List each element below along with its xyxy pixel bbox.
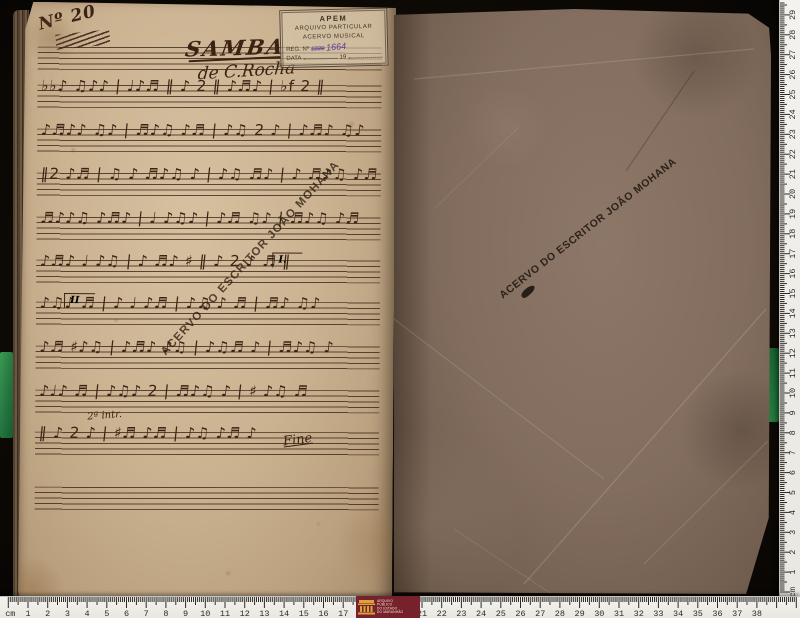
svg-text:34: 34 [673,609,683,618]
volta-seconda-mark: II [64,293,95,308]
svg-text:27: 27 [535,609,545,618]
svg-text:1: 1 [25,609,30,618]
svg-text:cm: cm [5,609,15,618]
svg-text:30: 30 [594,609,604,618]
staff-notes: ‖ ♪ 2 ♪ | ♯♬ ♪♬ | ♪♫ ♪♬ ♪ [38,424,384,443]
svg-text:2: 2 [45,609,50,618]
back-cover [394,9,771,594]
stamp-archive-type: ARQUIVO PARTICULAR [283,24,385,32]
staff-notes: ♬♪♪♫ ♪♬♪ | ♩ ♪♫♪ | ♪♬ ♫♪ | ♬♪♫ ♪♬ [40,209,386,228]
svg-text:28: 28 [788,30,798,40]
logo-text-line: DO MARANHÃO [377,611,403,615]
svg-text:2: 2 [788,550,798,555]
svg-text:12: 12 [788,348,798,358]
svg-text:37: 37 [732,609,742,618]
svg-text:27: 27 [788,50,798,60]
stamp-collection: ACERVO MUSICAL [283,33,385,41]
stamp-date-row: DATA 19 [283,54,385,62]
staff-notes: ♪♬ ♯♪♫ | ♪♬♪ ♪♫ | ♪♫♬ ♪ | ♬♪♫ ♪ [39,338,385,357]
svg-text:22: 22 [788,149,798,159]
stamp-reg-label: REG. Nº [286,47,309,54]
manuscript-page: ♭♭♪ ♫♪♪ | ♩♪♬ ‖ ♪ 2 ‖ ♪♬♪ | ♭f 2 ‖♪♬♪♪ ♫… [18,2,396,615]
svg-text:26: 26 [788,69,798,79]
svg-text:36: 36 [712,609,722,618]
logo-text: ARQUIVO PÚBLICO DO ESTADO DO MARANHÃO [377,600,403,615]
staff-line: ♪♬♪♪ ♫♪ | ♬♪♫ ♪♬ | ♪♫ 2 ♪ | ♪♬♪ ♫♪ [37,129,381,153]
svg-text:1: 1 [788,570,798,575]
right-ruler: cm12345678910111213141516171819202122232… [779,0,800,597]
svg-text:24: 24 [476,609,486,618]
svg-text:25: 25 [496,609,506,618]
svg-text:9: 9 [788,410,798,415]
svg-text:8: 8 [163,609,168,618]
svg-text:10: 10 [788,388,798,398]
svg-text:23: 23 [456,609,466,618]
stamp-date-label: DATA [286,56,301,62]
svg-text:6: 6 [124,609,129,618]
svg-text:31: 31 [614,609,624,618]
svg-text:6: 6 [788,470,798,475]
svg-text:7: 7 [788,450,798,455]
svg-text:11: 11 [788,368,798,378]
svg-text:17: 17 [788,249,798,259]
svg-text:15: 15 [299,609,309,618]
stamp-archive-name: APEM [282,14,384,24]
svg-text:26: 26 [515,609,525,618]
svg-text:16: 16 [788,268,798,278]
staff-notes: ♪♬♪ ♩ ♪♫ | ♪ ♬♪ ♯ ‖ ♪ 2 ♪ ♬ ‖ [39,252,385,271]
staff-line: ♬♪♪♫ ♪♬♪ | ♩ ♪♫♪ | ♪♬ ♫♪ | ♬♪♫ ♪♬ [37,217,381,241]
svg-text:22: 22 [437,609,447,618]
volta-prima-mark: I. [272,252,302,267]
cover-creases [394,9,771,594]
staff-line: ♪♬ ♯♪♫ | ♪♬♪ ♪♫ | ♪♫♬ ♪ | ♬♪♫ ♪ [36,346,380,370]
green-clamp-left [0,352,13,438]
staff-line: ‖ ♪ 2 ♪ | ♯♬ ♪♬ | ♪♫ ♪♬ ♪ [35,432,379,456]
stamp-reg-row: REG. Nº 1229 1664 [283,42,385,53]
svg-text:24: 24 [788,109,798,119]
staff-notes: ♪♩♪ ♬ | ♪♫♪ 2 | ♬♪♫ ♪ | ♯ ♪♫ ♬ [38,382,384,401]
svg-text:16: 16 [318,609,328,618]
svg-text:7: 7 [144,609,149,618]
archive-building-icon [358,599,375,615]
svg-text:9: 9 [183,609,188,618]
stamp-date-blank [304,58,338,60]
staff-line [35,487,379,511]
svg-text:13: 13 [259,609,269,618]
svg-text:4: 4 [788,510,798,515]
svg-text:21: 21 [788,169,798,179]
registration-stamp: APEM ARQUIVO PARTICULAR ACERVO MUSICAL R… [279,8,388,69]
svg-text:20: 20 [788,189,798,199]
svg-text:12: 12 [240,609,250,618]
staff-line: ♪♩♪ ♬ | ♪♫♪ 2 | ♬♪♫ ♪ | ♯ ♪♫ ♬ [35,390,379,414]
svg-text:8: 8 [788,430,798,435]
svg-text:29: 29 [574,609,584,618]
stamp-year-blank [348,57,382,59]
svg-text:13: 13 [788,328,798,338]
svg-text:14: 14 [788,308,798,318]
svg-text:5: 5 [788,490,798,495]
svg-text:28: 28 [555,609,565,618]
svg-text:3: 3 [65,609,70,618]
staff-line: ♭♭♪ ♫♪♪ | ♩♪♬ ‖ ♪ 2 ‖ ♪♬♪ | ♭f 2 ‖ [37,85,381,109]
svg-text:17: 17 [338,609,348,618]
staff-notes: ♪♬♪♪ ♫♪ | ♬♪♫ ♪♬ | ♪♫ 2 ♪ | ♪♬♪ ♫♪ [40,121,386,140]
svg-text:10: 10 [200,609,210,618]
svg-text:35: 35 [693,609,703,618]
svg-text:3: 3 [788,530,798,535]
stamp-date-year: 19 [340,55,347,61]
svg-text:4: 4 [85,609,90,618]
svg-text:15: 15 [788,288,798,298]
svg-text:32: 32 [634,609,644,618]
svg-text:29: 29 [788,10,798,20]
scanned-manuscript-photo: ♭♭♪ ♫♪♪ | ♩♪♬ ‖ ♪ 2 ‖ ♪♬♪ | ♭f 2 ‖♪♬♪♪ ♫… [0,0,800,618]
staff-notes [39,479,383,480]
registration-stamp-inner: APEM ARQUIVO PARTICULAR ACERVO MUSICAL R… [281,10,386,67]
svg-text:33: 33 [653,609,663,618]
stamp-reg-struck-number: 1229 [311,46,325,52]
apem-logo-badge: ARQUIVO PÚBLICO DO ESTADO DO MARANHÃO [356,596,420,618]
svg-text:19: 19 [788,209,798,219]
svg-text:23: 23 [788,129,798,139]
staff-line: ♪♬♪ ♩ ♪♫ | ♪ ♬♪ ♯ ‖ ♪ 2 ♪ ♬ ‖ [36,260,380,284]
right-ruler-scale: cm12345678910111213141516171819202122232… [780,0,800,597]
svg-text:14: 14 [279,609,289,618]
svg-text:5: 5 [104,609,109,618]
svg-text:11: 11 [220,609,230,618]
svg-text:38: 38 [752,609,762,618]
svg-text:18: 18 [788,229,798,239]
svg-text:25: 25 [788,89,798,99]
stamp-reg-number: 1664 [326,42,347,53]
